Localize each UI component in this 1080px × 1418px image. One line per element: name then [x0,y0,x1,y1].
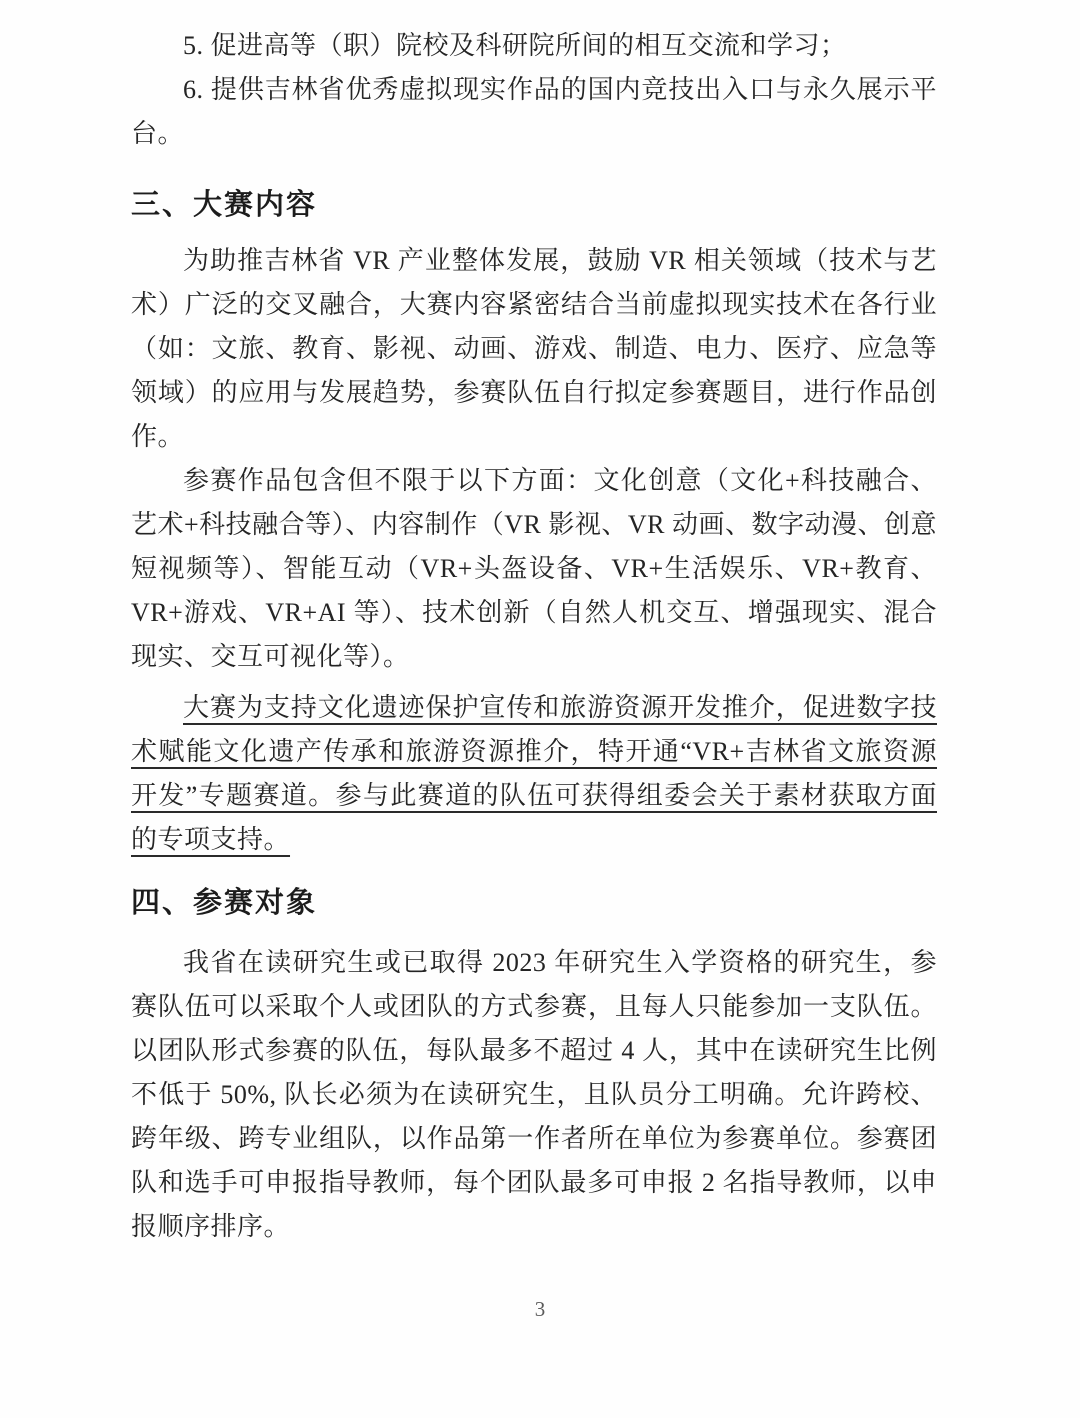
document-page: 5. 促进高等（职）院校及科研院所间的相互交流和学习； 6. 提供吉林省优秀虚拟… [0,0,1080,1418]
section-4-heading: 四、参赛对象 [131,884,937,922]
section-3-paragraph-1: 为助推吉林省 VR 产业整体发展，鼓励 VR 相关领域（技术与艺术）广泛的交叉融… [131,239,937,459]
document-content: 5. 促进高等（职）院校及科研院所间的相互交流和学习； 6. 提供吉林省优秀虚拟… [131,0,937,1249]
page-number: 3 [0,1296,1080,1322]
intro-item-6: 6. 提供吉林省优秀虚拟现实作品的国内竞技出入口与永久展示平台。 [131,68,937,156]
section-3-underlined-paragraph: 大赛为支持文化遗迹保护宣传和旅游资源开发推介，促进数字技术赋能文化遗产传承和旅游… [131,686,937,862]
section-4-paragraph-1: 我省在读研究生或已取得 2023 年研究生入学资格的研究生，参赛队伍可以采取个人… [131,941,937,1249]
section-3-heading: 三、大赛内容 [131,186,937,224]
intro-item-5: 5. 促进高等（职）院校及科研院所间的相互交流和学习； [131,24,937,68]
section-3-paragraph-2: 参赛作品包含但不限于以下方面：文化创意（文化+科技融合、艺术+科技融合等）、内容… [131,459,937,679]
